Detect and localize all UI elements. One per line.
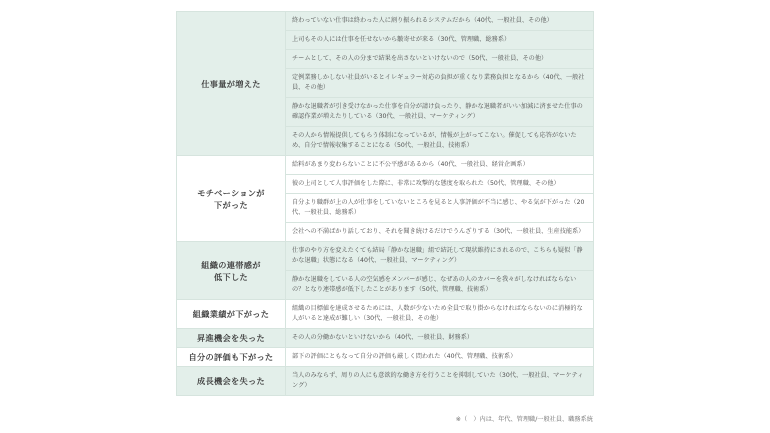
category-label: モチベーションが (177, 187, 285, 199)
category-label: 低下した (177, 271, 285, 283)
category-label: 下がった (177, 199, 285, 211)
survey-table-container: 仕事量が増えた終わっていない仕事は終わった人に割り振られるシステムだから（40代… (176, 11, 593, 396)
comment-cell: 終わっていない仕事は終わった人に割り振られるシステムだから（40代、一般社員、そ… (286, 12, 594, 31)
category-cell: モチベーションが下がった (177, 156, 286, 242)
comment-cell: 静かな退職をしている人の空気感をメンバーが感じ、なぜあの人のカバーを我々がしなけ… (286, 271, 594, 300)
table-row: モチベーションが下がった給料があまり変わらないことに不公平感があるから（40代、… (177, 156, 594, 175)
category-label: 組織業績が下がった (177, 308, 285, 320)
table-row: 自分の評価も下がった部下の評価にともなって自分の評価も厳しく問われた（40代、管… (177, 348, 594, 367)
comment-cell: 給料があまり変わらないことに不公平感があるから（40代、一般社員、経営企画系） (286, 156, 594, 175)
table-row: 昇進機会を失ったその人の分働かないといけないから（40代、一般社員、財務系） (177, 329, 594, 348)
comment-cell: 上司もその人には仕事を任せないから皺寄せが来る（30代、管理職、総務系） (286, 31, 594, 50)
category-cell: 組織業績が下がった (177, 300, 286, 329)
category-cell: 仕事量が増えた (177, 12, 286, 156)
category-cell: 昇進機会を失った (177, 329, 286, 348)
category-cell: 成長機会を失った (177, 367, 286, 396)
comment-cell: 組織の目標値を達成させるためには、人数が少ないため全員で取り掛からなければならな… (286, 300, 594, 329)
comment-cell: 当人のみならず、周りの人にも意欲的な働き方を行うことを抑制していた（30代、一般… (286, 367, 594, 396)
footnote: ※（ ）内は、年代、管理職/一般社員、職務系統 (456, 414, 593, 423)
category-cell: 組織の連帯感が低下した (177, 242, 286, 300)
category-label: 組織の連帯感が (177, 259, 285, 271)
impact-table: 仕事量が増えた終わっていない仕事は終わった人に割り振られるシステムだから（40代… (176, 11, 594, 396)
table-row: 成長機会を失った当人のみならず、周りの人にも意欲的な働き方を行うことを抑制してい… (177, 367, 594, 396)
comment-cell: その人の分働かないといけないから（40代、一般社員、財務系） (286, 329, 594, 348)
comment-cell: 仕事のやり方を変えたくても結局「静かな退職」組で結託して現状維持にされるので、こ… (286, 242, 594, 271)
table-row: 仕事量が増えた終わっていない仕事は終わった人に割り振られるシステムだから（40代… (177, 12, 594, 31)
category-label: 昇進機会を失った (177, 332, 285, 344)
comment-cell: 会社への不満ばかり話しており、それを聞き続けるだけでうんざりする（30代、一般社… (286, 223, 594, 242)
category-label: 自分の評価も下がった (177, 351, 285, 363)
category-label: 成長機会を失った (177, 375, 285, 387)
comment-cell: その人から情報提供してもらう体制になっているが、情報が上がってこない。催促しても… (286, 127, 594, 156)
category-label: 仕事量が増えた (177, 78, 285, 90)
comment-cell: 彼の上司として人事評価をした際に、非常に攻撃的な態度を取られた（50代、管理職、… (286, 175, 594, 194)
comment-cell: 部下の評価にともなって自分の評価も厳しく問われた（40代、管理職、技術系） (286, 348, 594, 367)
comment-cell: 静かな退職者が引き受けなかった仕事を自分が請け負ったり、静かな退職者がいい加減に… (286, 98, 594, 127)
table-row: 組織の連帯感が低下した仕事のやり方を変えたくても結局「静かな退職」組で結託して現… (177, 242, 594, 271)
comment-cell: チームとして、その人の分まで結果を出さないといけないので（50代、一般社員、その… (286, 50, 594, 69)
comment-cell: 定例業務しかしない社員がいるとイレギュラー対応の負担が重くなり業務負担となるから… (286, 69, 594, 98)
category-cell: 自分の評価も下がった (177, 348, 286, 367)
table-row: 組織業績が下がった組織の目標値を達成させるためには、人数が少ないため全員で取り掛… (177, 300, 594, 329)
comment-cell: 自分より職群が上の人が仕事をしていないところを見ると人事評価が不当に感じ、やる気… (286, 194, 594, 223)
